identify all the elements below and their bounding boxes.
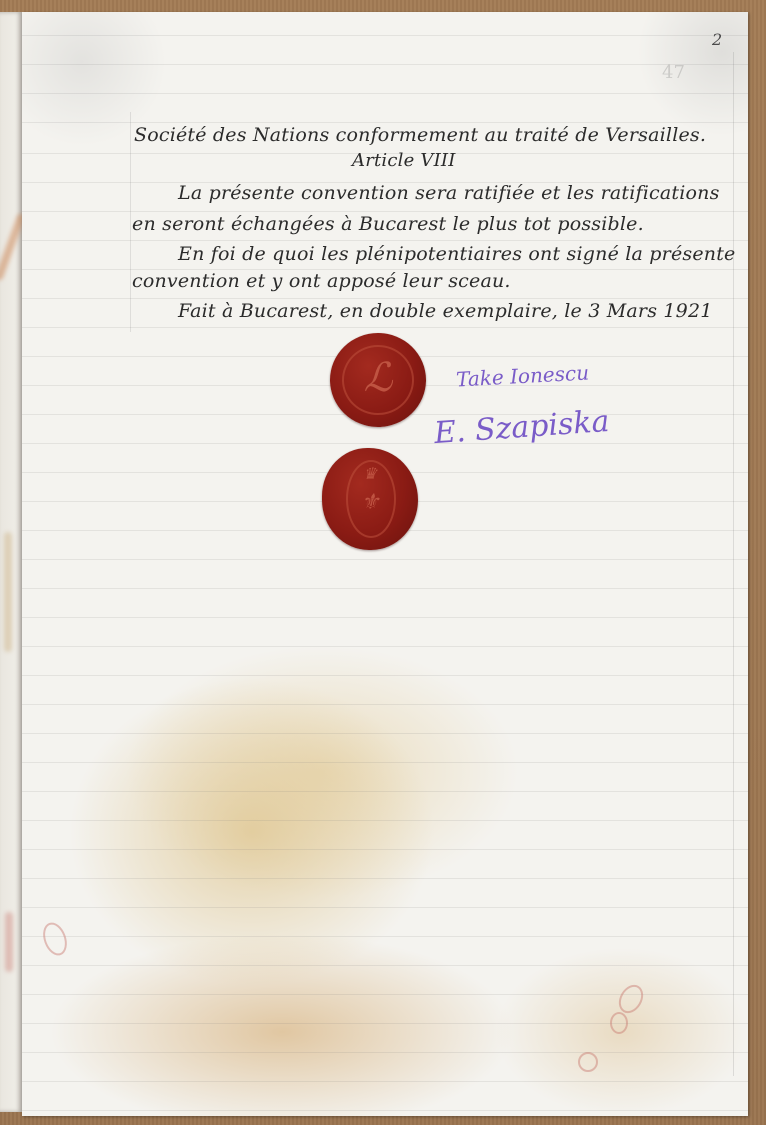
wax-seal-oval: ♛ ⚜ bbox=[322, 448, 418, 550]
signature-take-ionescu: Take Ionescu bbox=[455, 361, 589, 392]
stain-mark bbox=[4, 532, 12, 652]
stain-spot bbox=[578, 1052, 598, 1072]
text-line: En foi de quoi les plénipotentiaires ont… bbox=[178, 243, 736, 265]
coat-of-arms-icon: ⚜ bbox=[322, 490, 418, 515]
text-line: La présente convention sera ratifiée et … bbox=[178, 182, 720, 204]
monogram-icon: ℒ bbox=[330, 355, 426, 401]
article-title: Article VIII bbox=[352, 150, 456, 171]
text-line: convention et y ont apposé leur sceau. bbox=[132, 270, 511, 292]
wax-seal-round: ℒ bbox=[330, 333, 426, 427]
margin-line bbox=[130, 112, 131, 332]
text-line: en seront échangées à Bucarest le plus t… bbox=[132, 213, 644, 235]
stain-spot bbox=[39, 919, 71, 958]
faint-page-mark: 47 bbox=[662, 62, 685, 83]
right-margin-line bbox=[733, 52, 734, 1076]
adjacent-page-edge bbox=[0, 12, 24, 1112]
crown-icon: ♛ bbox=[322, 464, 418, 483]
document-page: 2 47 Société des Nations conformement au… bbox=[22, 12, 748, 1116]
stain-mark bbox=[5, 912, 13, 972]
text-line-heading: Société des Nations conformement au trai… bbox=[134, 124, 706, 146]
stain-spot bbox=[610, 1012, 628, 1034]
text-line-date: Fait à Bucarest, en double exemplaire, l… bbox=[178, 300, 713, 322]
page-number: 2 bbox=[712, 30, 722, 49]
signature-second-plenipotentiary: E. Szapiska bbox=[433, 404, 610, 451]
